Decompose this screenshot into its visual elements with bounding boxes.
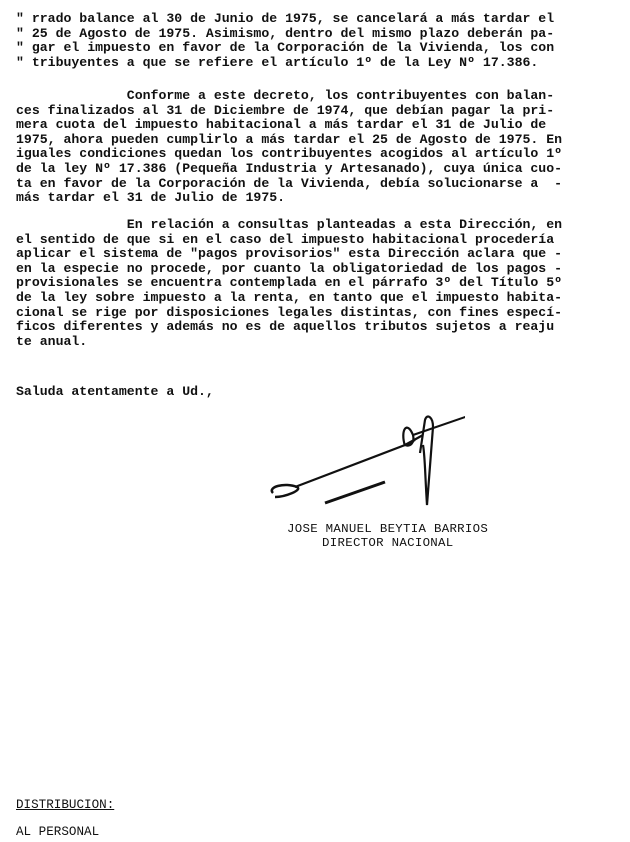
distribution-heading: DISTRIBUCION: — [16, 798, 114, 812]
distribution-recipient: AL PERSONAL — [16, 825, 99, 839]
text-line: " rrado balance al 30 de Junio de 1975, … — [16, 12, 554, 27]
text-line: ficos diferentes y además no es de aquel… — [16, 320, 554, 335]
text-line: te anual. — [16, 335, 87, 350]
text-line: " 25 de Agosto de 1975. Asimismo, dentro… — [16, 27, 554, 42]
text-line: ta en favor de la Corporación de la Vivi… — [16, 177, 562, 192]
text-line: iguales condiciones quedan los contribuy… — [16, 147, 562, 162]
text-line: provisionales se encuentra contemplada e… — [16, 276, 562, 291]
text-line: cional se rige por disposiciones legales… — [16, 306, 562, 321]
signatory-name: JOSE MANUEL BEYTIA BARRIOS — [287, 522, 488, 536]
text-line: más tardar el 31 de Julio de 1975. — [16, 191, 285, 206]
text-line: 1975, ahora pueden cumplirlo a más tarda… — [16, 133, 562, 148]
text-line: de la ley sobre impuesto a la renta, en … — [16, 291, 562, 306]
text-line: aplicar el sistema de "pagos provisorios… — [16, 247, 562, 262]
signatory-title: DIRECTOR NACIONAL — [322, 536, 454, 550]
text-line: En relación a consultas planteadas a est… — [16, 218, 562, 233]
text-line: en la especie no procede, por cuanto la … — [16, 262, 562, 277]
text-line: de la ley Nº 17.386 (Pequeña Industria y… — [16, 162, 562, 177]
text-line: ces finalizados al 31 de Diciembre de 19… — [16, 104, 554, 119]
signature-icon — [265, 415, 465, 525]
text-line: Conforme a este decreto, los contribuyen… — [16, 89, 554, 104]
closing-salutation: Saluda atentamente a Ud., — [16, 385, 214, 400]
text-line: " gar el impuesto en favor de la Corpora… — [16, 41, 554, 56]
text-line: el sentido de que si en el caso del impu… — [16, 233, 554, 248]
text-line: " tribuyentes a que se refiere el artícu… — [16, 56, 538, 71]
text-line: mera cuota del impuesto habitacional a m… — [16, 118, 546, 133]
